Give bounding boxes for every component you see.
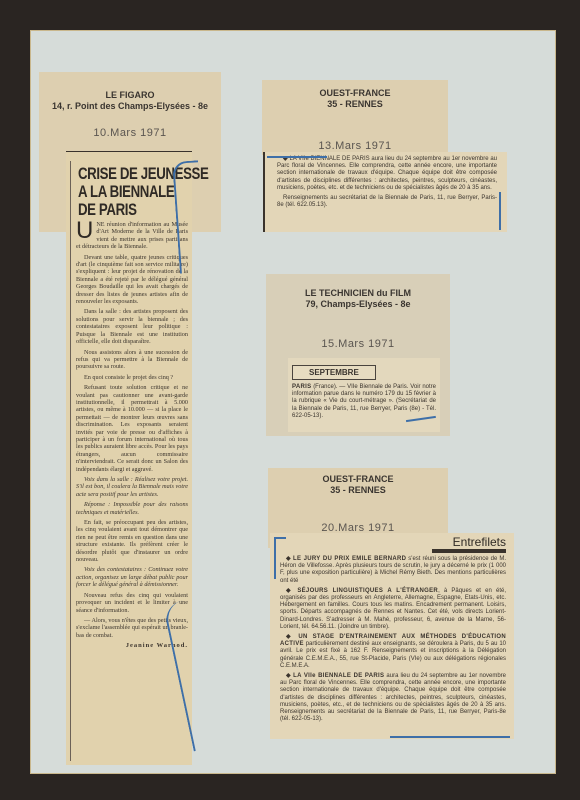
blue-pen-mark [274,537,286,579]
column-title: Entrefilets [270,535,506,549]
entrefilet-item: ◆ UN STAGE D'ENTRAINEMENT AUX MÉTHODES D… [280,634,506,670]
ouest-france-article: ◆ LA VIIe BIENNALE DE PARIS aura lieu du… [263,152,507,232]
publication-name: OUEST-FRANCE [262,88,448,99]
entrefilets-items: ◆ LE JURY DU PRIX EMILE BERNARD s'est ré… [270,553,514,723]
blue-pen-mark [499,192,503,230]
publication-address: 14, r. Point des Champs-Elysées - 8e [39,101,221,112]
publication-name: LE FIGARO [39,90,221,101]
figaro-article: CRISE DE JEUNESSE A LA BIENNALE DE PARIS… [66,151,192,765]
drop-cap: U [76,221,93,241]
publication-address: 35 - RENNES [262,99,448,110]
clipping-date: 13.Mars 1971 [262,140,448,152]
ouest-france-header-clipping: OUEST-FRANCE 35 - RENNES 13.Mars 1971 [262,80,448,155]
clipping-date: 10.Mars 1971 [39,127,221,139]
column-rule [70,161,71,761]
entrefilet-item: ◆ LE JURY DU PRIX EMILE BERNARD s'est ré… [280,556,506,585]
publication-name: LE TECHNICIEN du FILM [266,288,450,299]
entrefilet-item: ◆ SÉJOURS LINGUISTIQUES A L'ÉTRANGER, à … [280,588,506,631]
publication-address: 79, Champs-Elysées - 8e [266,299,450,310]
technicien-article: SEPTEMBRE PARIS (France). — VIIe Biennal… [288,358,440,432]
publication-address: 35 - RENNES [268,485,448,496]
blue-pen-mark [390,736,510,739]
publication-name: OUEST-FRANCE [268,474,448,485]
blue-pen-mark [267,156,327,159]
article-body: UNE réunion d'information au Musée d'Art… [76,221,188,650]
entrefilets-article: Entrefilets ◆ LE JURY DU PRIX EMILE BERN… [270,533,514,739]
entrefilet-item: ◆ LA VIIe BIENNALE DE PARIS aura lieu du… [280,673,506,723]
top-rule [66,151,192,152]
clipping-date: 15.Mars 1971 [266,338,450,350]
technicien-film-clipping: LE TECHNICIEN du FILM 79, Champs-Elysées… [266,274,450,436]
section-label: SEPTEMBRE [292,365,376,380]
